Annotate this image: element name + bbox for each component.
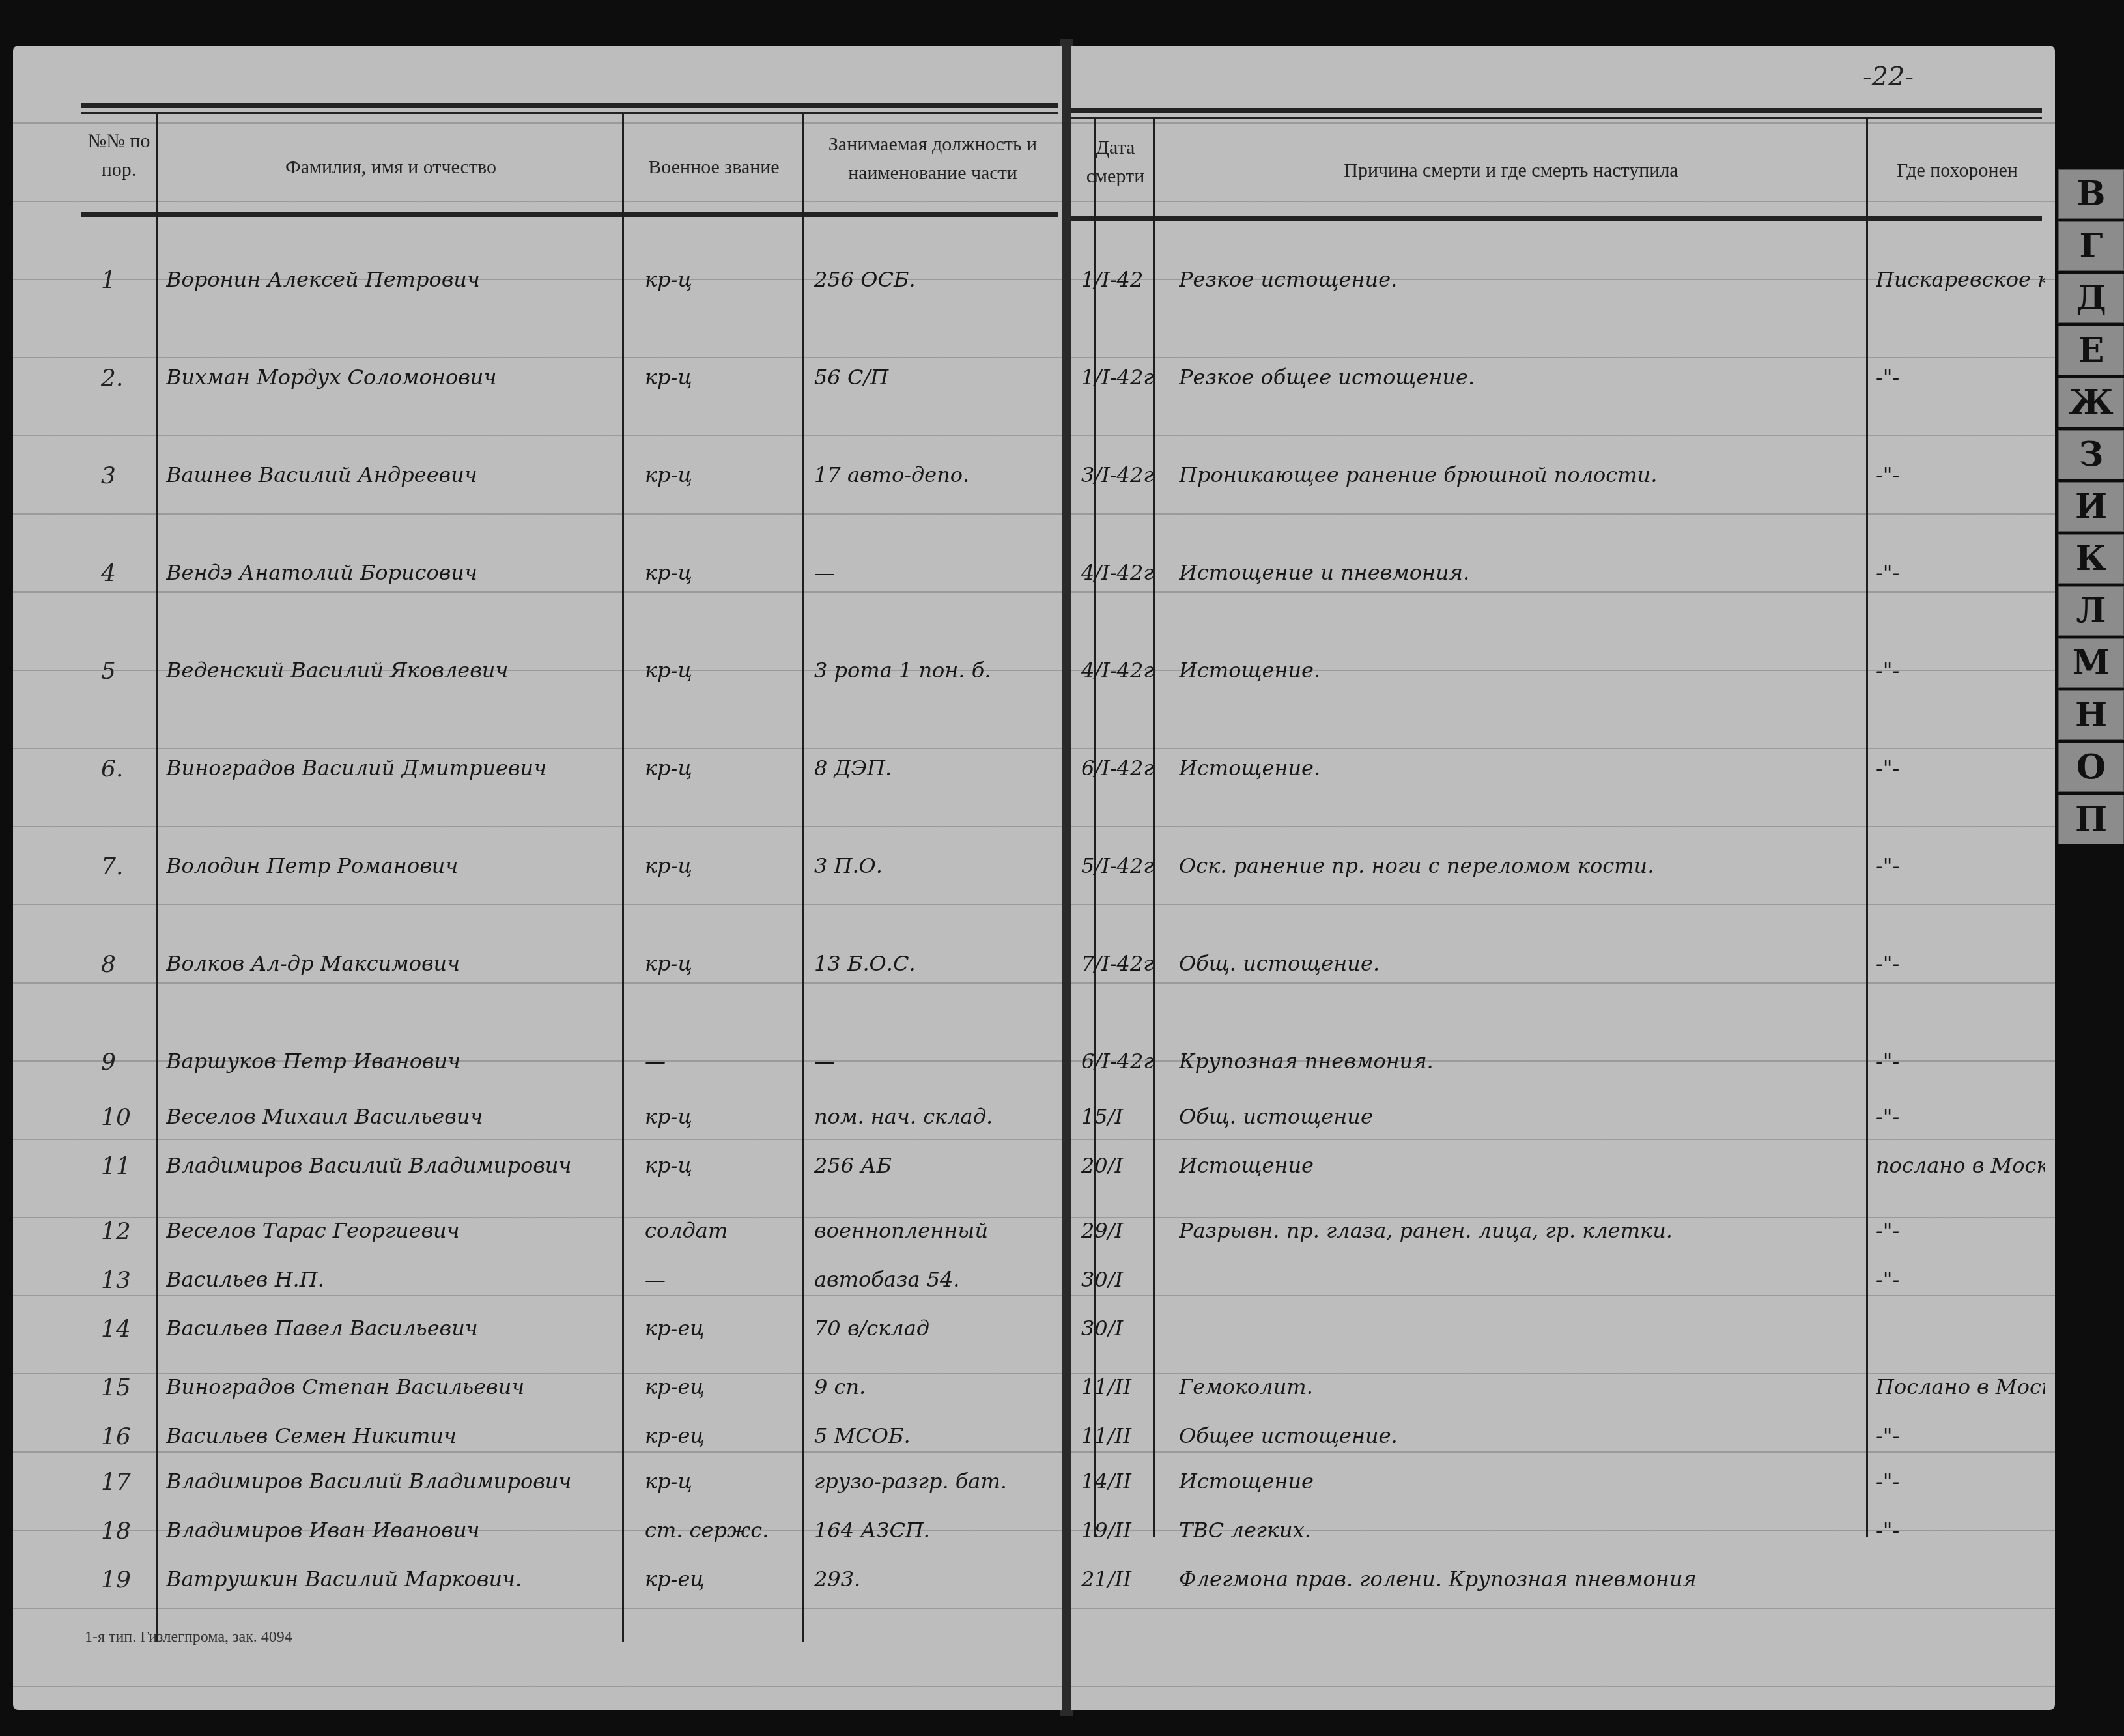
row-name: Васильев Семен Никитич xyxy=(166,1423,616,1448)
row-burial: Пискаревское кладб. xyxy=(1876,267,2045,292)
row-date: 1/I-42г xyxy=(1081,365,1153,390)
page-number: -22- xyxy=(1863,62,1914,92)
row-burial: -"- xyxy=(1876,1267,2045,1292)
row-number: 15 xyxy=(101,1374,131,1401)
row-number: 1 xyxy=(101,267,116,294)
row-name: Вихман Мордух Соломонович xyxy=(166,365,616,390)
row-number: 19 xyxy=(101,1567,131,1593)
row-cause: Проникающее ранение брюшной полости. xyxy=(1179,462,1856,487)
row-burial: -"- xyxy=(1876,658,2045,683)
index-tab[interactable]: И xyxy=(2058,482,2124,532)
row-rank: — xyxy=(645,1267,795,1292)
row-unit: 256 ОСБ. xyxy=(814,267,1055,292)
index-tab[interactable]: М xyxy=(2058,638,2124,688)
row-unit: — xyxy=(814,1049,1055,1074)
row-date: 4/I-42г xyxy=(1081,658,1153,683)
row-rank: солдат xyxy=(645,1218,795,1243)
row-number: 3 xyxy=(101,462,116,489)
row-number: 16 xyxy=(101,1423,131,1450)
row-burial: -"- xyxy=(1876,1218,2045,1243)
header-top-rule-thin xyxy=(81,112,1058,114)
index-tab[interactable]: Д xyxy=(2058,274,2124,323)
row-number: 2. xyxy=(101,365,123,391)
index-tab[interactable]: Ж xyxy=(2058,378,2124,427)
row-number: 4 xyxy=(101,560,116,587)
row-unit: 70 в/склад xyxy=(814,1316,1055,1341)
row-burial: -"- xyxy=(1876,1104,2045,1129)
row-name: Васильев Павел Васильевич xyxy=(166,1316,616,1341)
row-rank: кр-ц xyxy=(645,658,795,683)
row-number: 7. xyxy=(101,853,123,880)
row-name: Владимиров Василий Владимирович xyxy=(166,1469,616,1494)
row-unit: грузо-разгр. бат. xyxy=(814,1469,1055,1494)
row-burial: Послано в Москву 23/XI 42. xyxy=(1876,1374,2045,1399)
row-unit: автобаза 54. xyxy=(814,1267,1055,1292)
row-rank: кр-ец xyxy=(645,1567,795,1591)
row-rank: кр-ц xyxy=(645,756,795,780)
row-date: 3/I-42г xyxy=(1081,462,1153,487)
row-cause: Общ. истощение xyxy=(1179,1104,1856,1129)
row-rank: кр-ц xyxy=(645,365,795,390)
row-unit: 293. xyxy=(814,1567,1055,1591)
row-unit: 256 АБ xyxy=(814,1153,1055,1178)
row-name: Веселов Тарас Георгиевич xyxy=(166,1218,616,1243)
row-date: 30/I xyxy=(1081,1267,1153,1292)
header-bottom-rule xyxy=(1071,216,2042,221)
row-rank: кр-ец xyxy=(645,1316,795,1341)
row-date: 5/I-42г xyxy=(1081,853,1153,878)
row-number: 5 xyxy=(101,658,116,685)
row-rank: кр-ц xyxy=(645,951,795,976)
row-number: 14 xyxy=(101,1316,131,1343)
row-rank: кр-ц xyxy=(645,462,795,487)
header-top-rule xyxy=(81,103,1058,108)
index-tab[interactable]: Г xyxy=(2058,221,2124,271)
row-unit: пом. нач. склад. xyxy=(814,1104,1055,1129)
row-cause: ТВС легких. xyxy=(1179,1518,1856,1543)
row-number: 9 xyxy=(101,1049,116,1075)
row-unit: 8 ДЭП. xyxy=(814,756,1055,780)
row-cause: Истощение. xyxy=(1179,756,1856,780)
row-name: Васильев Н.П. xyxy=(166,1267,616,1292)
row-number: 12 xyxy=(101,1218,131,1245)
row-unit: 13 Б.О.С. xyxy=(814,951,1055,976)
row-cause: Резкое общее истощение. xyxy=(1179,365,1856,390)
row-cause: Истощение и пневмония. xyxy=(1179,560,1856,585)
header-position: Занимаемая должность и наименование част… xyxy=(806,130,1060,187)
row-unit: 164 АЗСП. xyxy=(814,1518,1055,1543)
row-number: 18 xyxy=(101,1518,131,1544)
row-date: 11/II xyxy=(1081,1374,1153,1399)
index-tab[interactable]: В xyxy=(2058,169,2124,219)
row-burial: -"- xyxy=(1876,1423,2045,1448)
row-cause: Общ. истощение. xyxy=(1179,951,1856,976)
header-burial: Где похоронен xyxy=(1869,156,2045,185)
col-divider xyxy=(156,114,158,1642)
row-date: 6/I-42г xyxy=(1081,1049,1153,1074)
row-rank: кр-ц xyxy=(645,267,795,292)
row-rank: ст. сержс. xyxy=(645,1518,795,1543)
row-rank: кр-ец xyxy=(645,1374,795,1399)
row-cause: Истощение xyxy=(1179,1469,1856,1494)
row-unit: 3 рота 1 пон. б. xyxy=(814,658,1055,683)
col-divider xyxy=(802,114,804,1642)
alphabet-index-tabs: ВГДЕЖЗИКЛМНОП xyxy=(2058,169,2124,847)
index-tab[interactable]: О xyxy=(2058,743,2124,792)
row-number: 6. xyxy=(101,756,123,782)
row-burial: -"- xyxy=(1876,1049,2045,1074)
row-unit: 17 авто-депо. xyxy=(814,462,1055,487)
col-divider xyxy=(1866,117,1868,1537)
row-burial: -"- xyxy=(1876,1518,2045,1543)
row-name: Виноградов Степан Васильевич xyxy=(166,1374,616,1399)
row-burial: -"- xyxy=(1876,365,2045,390)
row-rank: кр-ц xyxy=(645,560,795,585)
header-bottom-rule xyxy=(81,212,1058,217)
row-burial: -"- xyxy=(1876,853,2045,878)
row-cause: Флегмона прав. голени. Крупозная пневмон… xyxy=(1179,1567,1856,1591)
row-name: Веденский Василий Яковлевич xyxy=(166,658,616,683)
row-cause: Резкое истощение. xyxy=(1179,267,1856,292)
row-rank: кр-ц xyxy=(645,1153,795,1178)
col-divider xyxy=(622,114,624,1642)
index-tab[interactable]: З xyxy=(2058,430,2124,479)
index-tab[interactable]: П xyxy=(2058,795,2124,844)
row-date: 7/I-42г xyxy=(1081,951,1153,976)
row-date: 29/I xyxy=(1081,1218,1153,1243)
header-top-rule-thin xyxy=(1071,117,2042,119)
row-unit: 9 сп. xyxy=(814,1374,1055,1399)
row-unit: 56 С/П xyxy=(814,365,1055,390)
row-date: 21/II xyxy=(1081,1567,1153,1591)
row-burial: -"- xyxy=(1876,951,2045,976)
row-cause: Оск. ранение пр. ноги с переломом кости. xyxy=(1179,853,1856,878)
row-number: 17 xyxy=(101,1469,131,1496)
row-burial: -"- xyxy=(1876,756,2045,780)
index-tab[interactable]: Л xyxy=(2058,586,2124,636)
row-date: 19/II xyxy=(1081,1518,1153,1543)
row-cause: Общее истощение. xyxy=(1179,1423,1856,1448)
row-date: 1/I-42 xyxy=(1081,267,1153,292)
row-name: Веселов Михаил Васильевич xyxy=(166,1104,616,1129)
row-name: Волков Ал-др Максимович xyxy=(166,951,616,976)
row-name: Ватрушкин Василий Маркович. xyxy=(166,1567,616,1591)
row-name: Вашнев Василий Андреевич xyxy=(166,462,616,487)
header-rank: Военное звание xyxy=(625,153,802,182)
row-unit: — xyxy=(814,560,1055,585)
row-unit: военнопленный xyxy=(814,1218,1055,1243)
row-name: Вендэ Анатолий Борисович xyxy=(166,560,616,585)
row-date: 11/II xyxy=(1081,1423,1153,1448)
row-name: Варшуков Петр Иванович xyxy=(166,1049,616,1074)
index-tab[interactable]: К xyxy=(2058,534,2124,584)
index-tab[interactable]: Н xyxy=(2058,690,2124,740)
row-cause: Разрывн. пр. глаза, ранен. лица, гр. кле… xyxy=(1179,1218,1856,1243)
row-name: Володин Петр Романович xyxy=(166,853,616,878)
printer-imprint: 1-я тип. Гизлегпрома, зак. 4094 xyxy=(85,1629,292,1646)
row-number: 10 xyxy=(101,1104,131,1131)
row-rank: кр-ц xyxy=(645,1104,795,1129)
row-date: 6/I-42г xyxy=(1081,756,1153,780)
row-cause: Истощение. xyxy=(1179,658,1856,683)
row-date: 15/I xyxy=(1081,1104,1153,1129)
row-name: Владимиров Василий Владимирович xyxy=(166,1153,616,1178)
row-rank: кр-ц xyxy=(645,1469,795,1494)
row-number: 13 xyxy=(101,1267,131,1294)
row-cause: Крупозная пневмония. xyxy=(1179,1049,1856,1074)
row-rank: кр-ц xyxy=(645,853,795,878)
row-unit: 5 МСОБ. xyxy=(814,1423,1055,1448)
row-date: 30/I xyxy=(1081,1316,1153,1341)
row-date: 4/I-42г xyxy=(1081,560,1153,585)
row-name: Воронин Алексей Петрович xyxy=(166,267,616,292)
row-burial: -"- xyxy=(1876,560,2045,585)
row-date: 20/I xyxy=(1081,1153,1153,1178)
row-rank: кр-ец xyxy=(645,1423,795,1448)
row-cause: Гемоколит. xyxy=(1179,1374,1856,1399)
row-cause: Истощение xyxy=(1179,1153,1856,1178)
row-number: 11 xyxy=(101,1153,131,1180)
col-divider xyxy=(1153,117,1155,1537)
header-number: №№ по пор. xyxy=(81,127,156,184)
row-number: 8 xyxy=(101,951,116,978)
row-name: Владимиров Иван Иванович xyxy=(166,1518,616,1543)
header-cause: Причина смерти и где смерть наступила xyxy=(1156,156,1866,185)
row-burial: -"- xyxy=(1876,1469,2045,1494)
row-unit: 3 П.О. xyxy=(814,853,1055,878)
row-date: 14/II xyxy=(1081,1469,1153,1494)
index-tab[interactable]: Е xyxy=(2058,326,2124,375)
header-date: Дата смерти xyxy=(1078,134,1153,190)
row-burial: -"- xyxy=(1876,462,2045,487)
header-name: Фамилия, имя и отчество xyxy=(160,153,622,182)
header-top-rule xyxy=(1071,108,2042,113)
row-name: Виноградов Василий Дмитриевич xyxy=(166,756,616,780)
row-burial: послано в Москву 23/XI 42. xyxy=(1876,1153,2045,1178)
row-rank: — xyxy=(645,1049,795,1074)
